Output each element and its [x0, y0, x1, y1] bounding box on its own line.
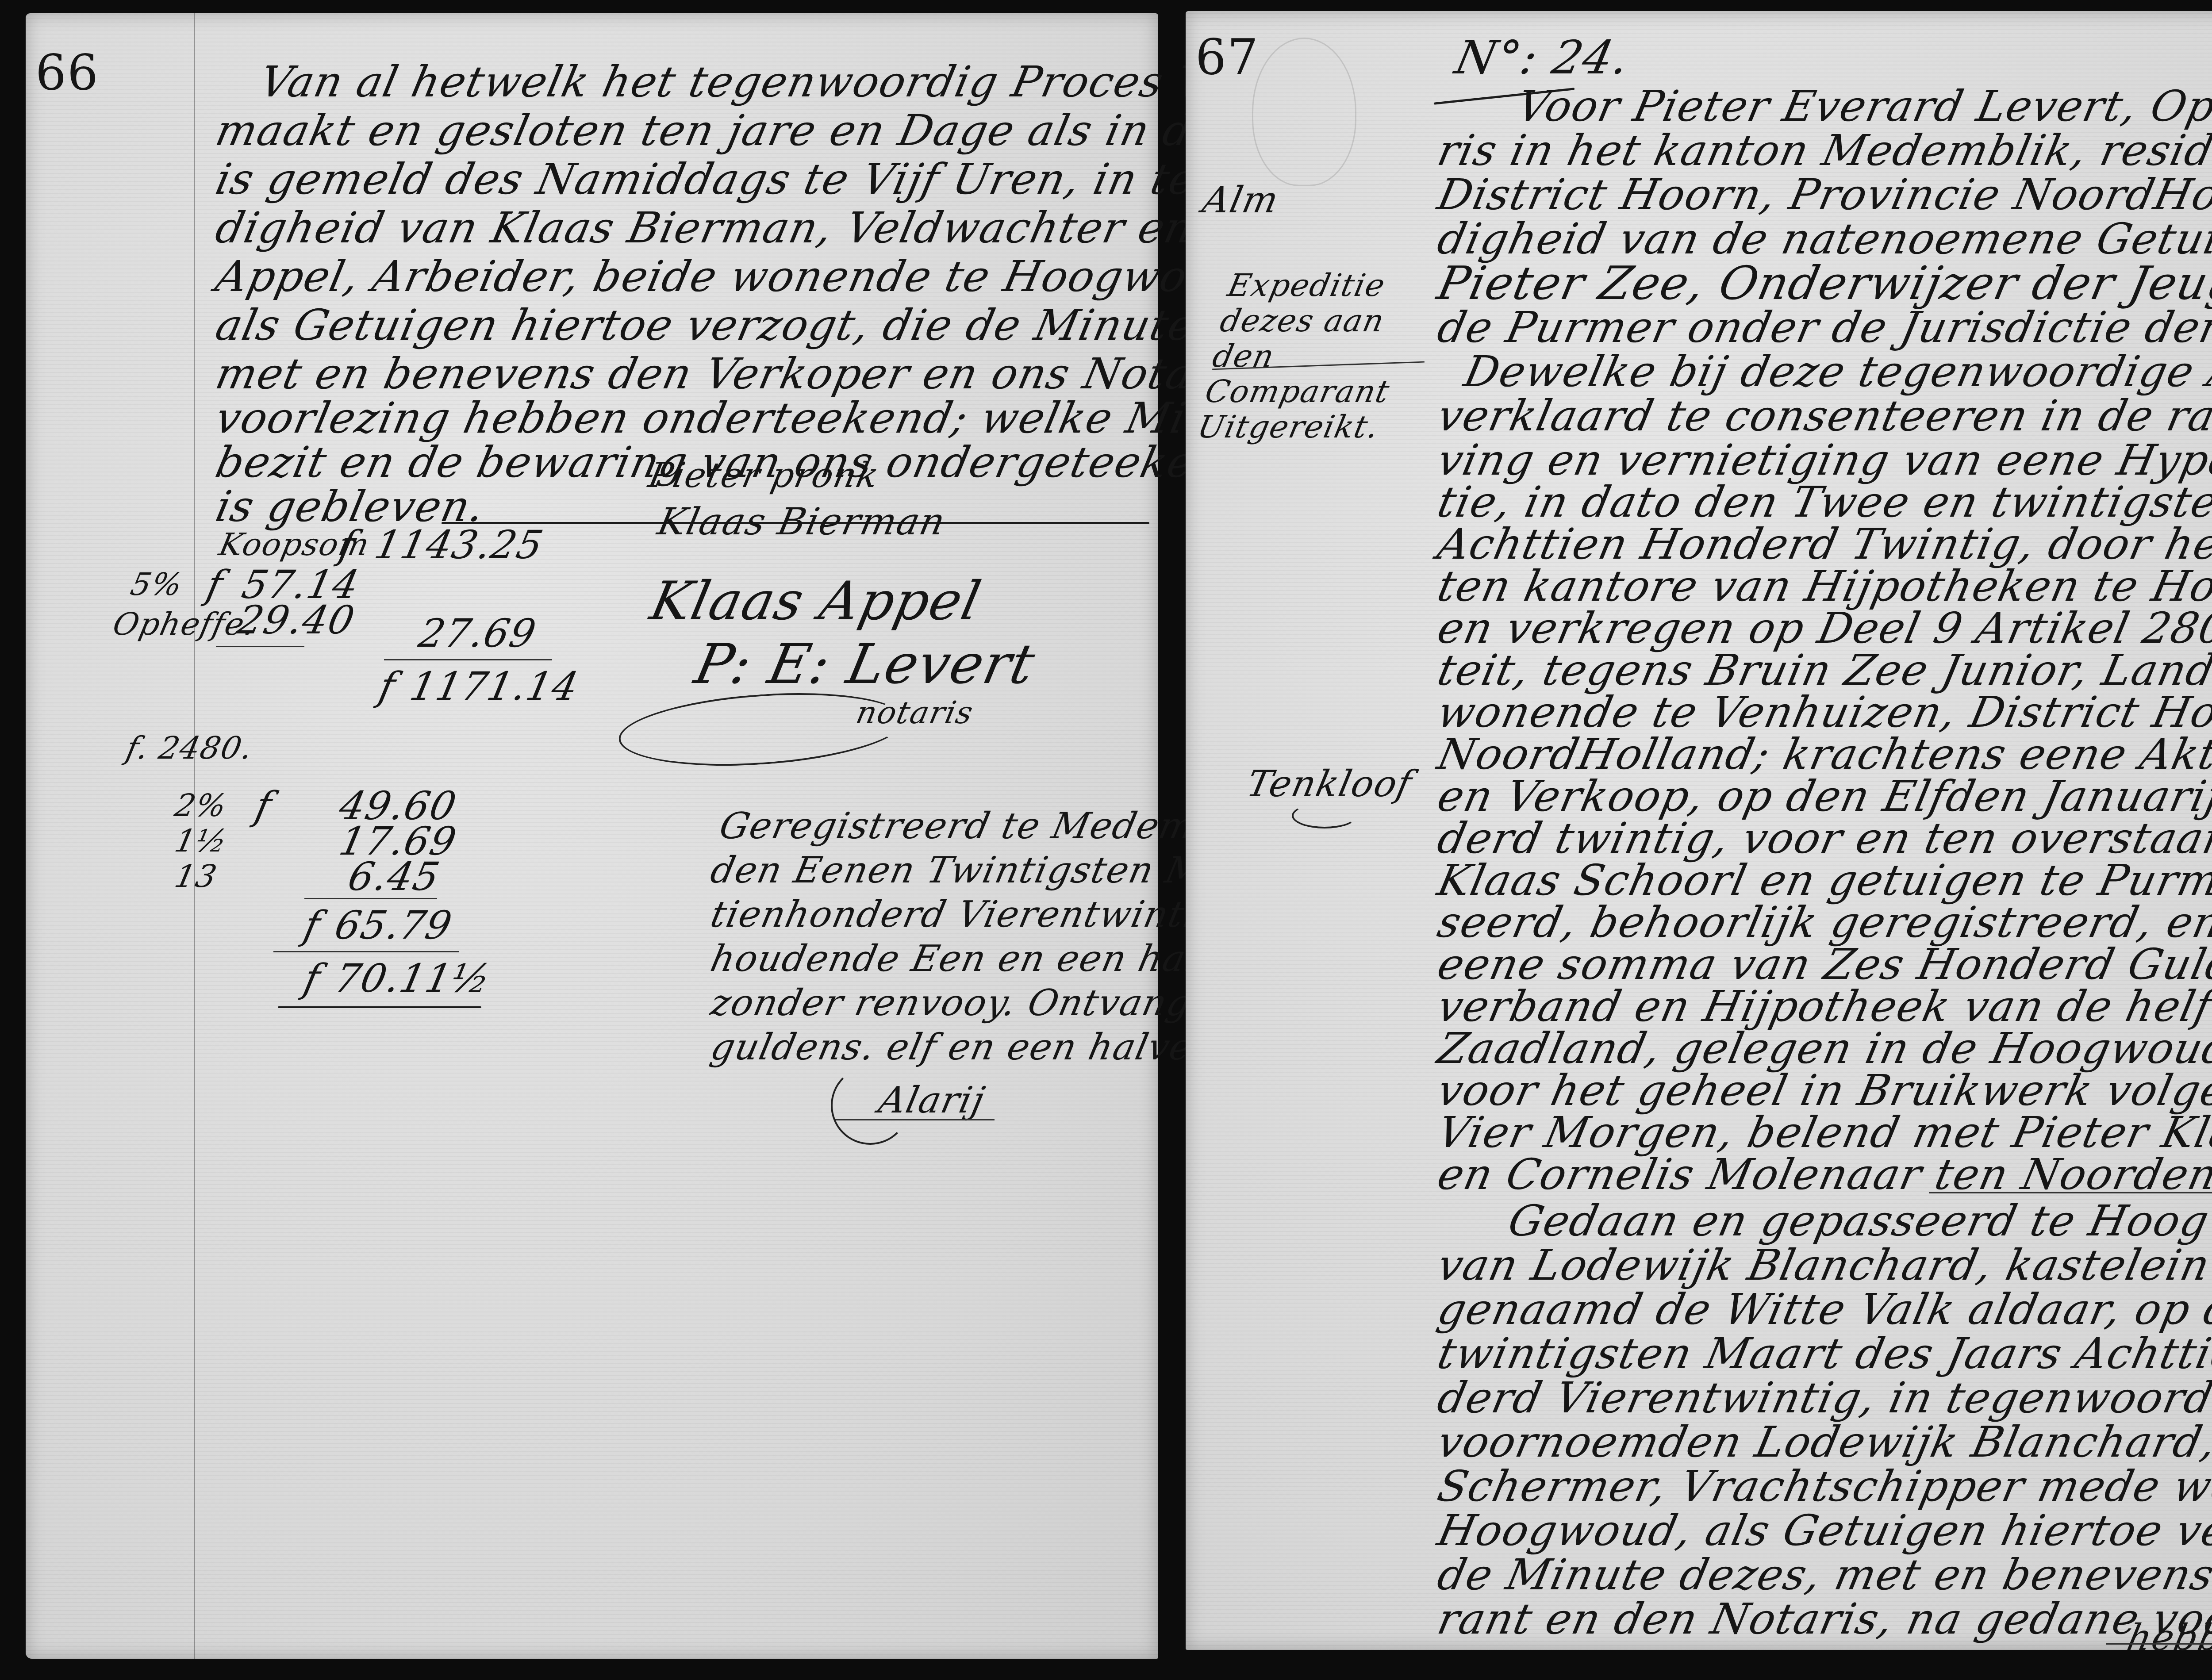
body-line: de Minute dezes, met en benevens den Com… — [1433, 1550, 2212, 1599]
ledger-total-rule — [278, 1006, 481, 1008]
ledger-amount: 65.79 — [331, 902, 457, 948]
margin-note-expeditie: Expeditie dezes aan den Comparant Uitger… — [1194, 268, 1436, 445]
flourish-icon — [1292, 803, 1357, 828]
body-line: genaamd de Witte Valk aldaar, op den Vie… — [1433, 1285, 2212, 1334]
body-line: Gedaan en gepasseerd te Hoogwoud, ten hu… — [1504, 1197, 2212, 1245]
ledger-rule — [304, 898, 437, 899]
body-line: twintigsten Maart des Jaars Achttien Hon… — [1433, 1329, 2212, 1378]
watermark-stamp-icon — [1252, 38, 1356, 186]
body-line: van Lodewijk Blanchard, kastelein in de … — [1433, 1241, 2212, 1289]
page-number: 66 — [35, 44, 99, 101]
flourish-icon — [831, 1066, 910, 1145]
signature-pieter-pronk: Pieter pronk — [645, 456, 883, 495]
catchword-rule — [2106, 1643, 2212, 1645]
ledger-currency: f — [203, 562, 227, 607]
body-line: de Purmer onder de Jurisdictie der Stad … — [1433, 303, 2212, 352]
body-line: derd Vierentwintig, in tegenwoordigheid … — [1433, 1373, 2212, 1422]
body-line: Dewelke bij deze tegenwoordige Akte heef… — [1460, 347, 2212, 396]
ledger-label: 1½ — [172, 823, 231, 859]
act-number: N°: 24. — [1451, 33, 1634, 82]
ledger-currency: f — [300, 955, 325, 1001]
ledger-amount: 6.45 — [344, 854, 444, 899]
signature-klaas-bierman: Klaas Bierman — [654, 500, 950, 543]
ledger-label: f. 2480. — [123, 730, 257, 766]
ledger-label: 2% — [172, 787, 230, 824]
ledger-amount: 1171.14 — [406, 664, 583, 709]
body-line: als Getuigen hiertoe verzogt, die de Min… — [211, 301, 1340, 349]
left-page: 66 Van al hetwelk het tegenwoordig Proce… — [26, 13, 1158, 1659]
margin-note-alm: Alm — [1199, 179, 1283, 221]
ledger-rule — [384, 659, 552, 660]
ledger-currency: f — [300, 902, 325, 948]
ledger-rule — [273, 951, 459, 952]
body-line: Pieter Zee, Onderwijzer der Jeugd wonend… — [1433, 259, 2212, 307]
body-line: Voor Pieter Everard Levert, Openbaar Not… — [1513, 82, 2212, 130]
ledger-amount: 27.69 — [415, 610, 541, 656]
body-line: en Cornelis Molenaar ten Noorden. — [1433, 1150, 2212, 1199]
margin-note-tenkloof: Tenkloof — [1243, 763, 1416, 805]
ledger-rule — [216, 646, 304, 647]
ledger-currency: f — [251, 783, 276, 828]
body-line: digheid van Klaas Bierman, Veldwachter e… — [211, 203, 1335, 252]
body-line: ris in het kanton Medemblik, residerende… — [1433, 126, 2212, 175]
ledger-amount: 70.11½ — [331, 955, 495, 1001]
ledger-label: 5% — [127, 566, 186, 602]
body-line: Schermer, Vrachtschipper mede wonende te — [1433, 1462, 2212, 1511]
page-number: 67 — [1195, 29, 1259, 85]
body-line: District Hoorn, Provincie NoordHolland, … — [1433, 170, 2212, 219]
right-page: 67 N°: 24. Alm Expeditie dezes aan den C… — [1186, 11, 2212, 1650]
ledger-currency: f — [375, 664, 400, 709]
body-line: rant en den Notaris, na gedane voorlezin… — [1433, 1595, 2212, 1643]
ledger-label: 13 — [172, 858, 221, 894]
paragraph-rule — [1929, 1192, 2212, 1193]
signature-klaas-appel: Klaas Appel — [645, 571, 987, 632]
ledger-amount: 1143.25 — [371, 522, 548, 568]
body-line: Hoogwoud, als Getuigen hiertoe verzogt, … — [1433, 1506, 2212, 1555]
catchword: hebben — [2124, 1617, 2212, 1659]
body-line: verklaard te consenteeren in de radiatie… — [1433, 391, 2212, 440]
signature-flourish-icon — [616, 685, 907, 775]
body-line: voornoemden Lodewijk Blanchard, en van P… — [1433, 1418, 2212, 1466]
signature-levert: P: E: Levert — [689, 633, 1041, 696]
ledger-amount: 29.40 — [234, 597, 359, 643]
